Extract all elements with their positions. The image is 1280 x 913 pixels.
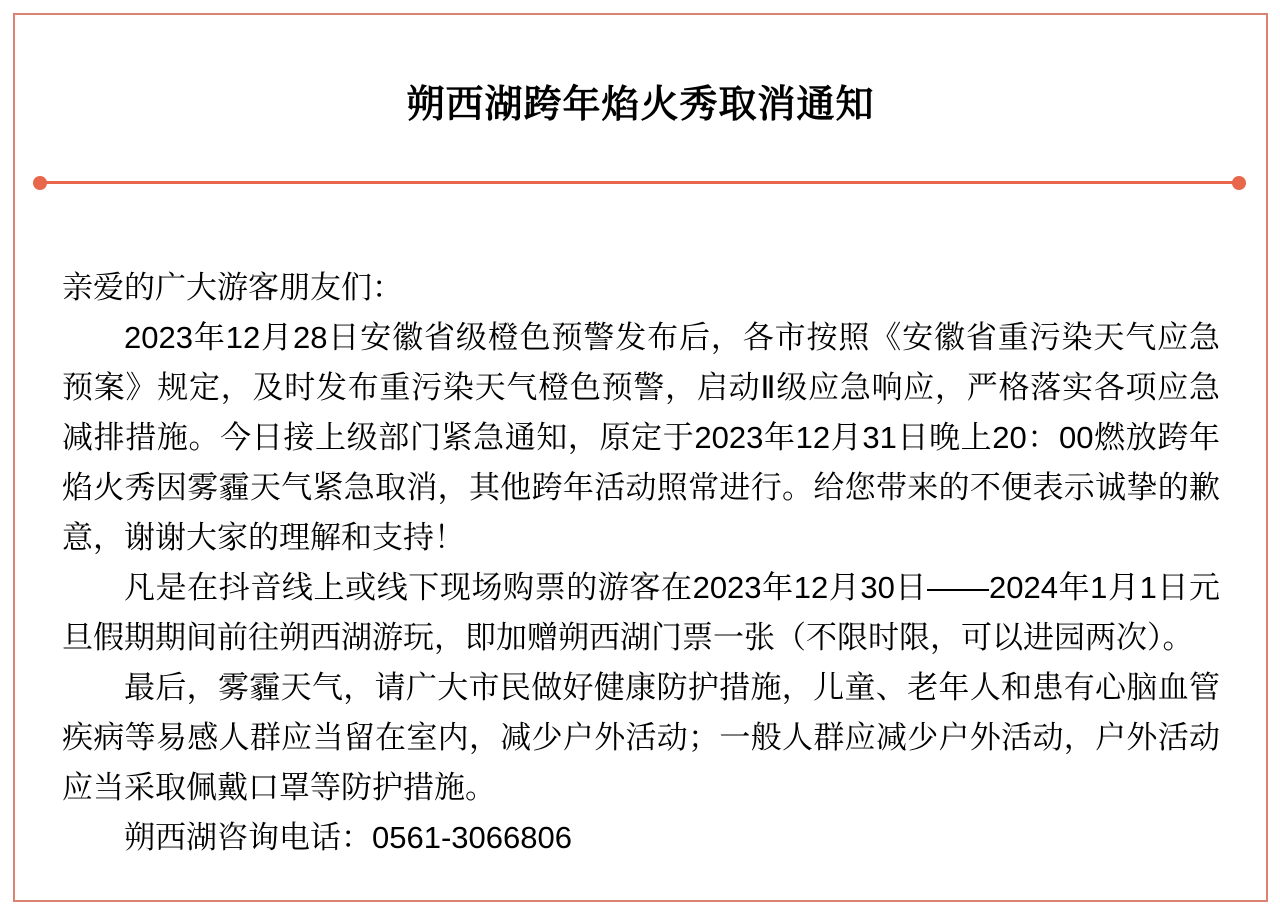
notice-page: 朔西湖跨年焰火秀取消通知 亲爱的广大游客朋友们： 2023年12月28日安徽省级…: [13, 13, 1268, 902]
notice-title: 朔西湖跨年焰火秀取消通知: [15, 86, 1266, 124]
notice-paragraphs: 2023年12月28日安徽省级橙色预警发布后，各市按照《安徽省重污染天气应急预案…: [62, 313, 1220, 813]
notice-paragraph: 2023年12月28日安徽省级橙色预警发布后，各市按照《安徽省重污染天气应急预案…: [62, 313, 1220, 563]
divider-dot-left-icon: [33, 176, 47, 190]
contact-label: 朔西湖咨询电话：: [124, 820, 372, 855]
divider-dot-right-icon: [1232, 176, 1246, 190]
notice-paragraph: 凡是在抖音线上或线下现场购票的游客在2023年12月30日——2024年1月1日…: [62, 563, 1220, 663]
salutation: 亲爱的广大游客朋友们：: [62, 263, 1220, 313]
notice-body: 亲爱的广大游客朋友们： 2023年12月28日安徽省级橙色预警发布后，各市按照《…: [62, 263, 1220, 863]
phone-number: 0561-3066806: [372, 820, 572, 855]
contact-line: 朔西湖咨询电话：0561-3066806: [62, 813, 1220, 863]
notice-paragraph: 最后，雾霾天气，请广大市民做好健康防护措施，儿童、老年人和患有心脑血管疾病等易感…: [62, 663, 1220, 813]
title-divider: [40, 181, 1239, 184]
